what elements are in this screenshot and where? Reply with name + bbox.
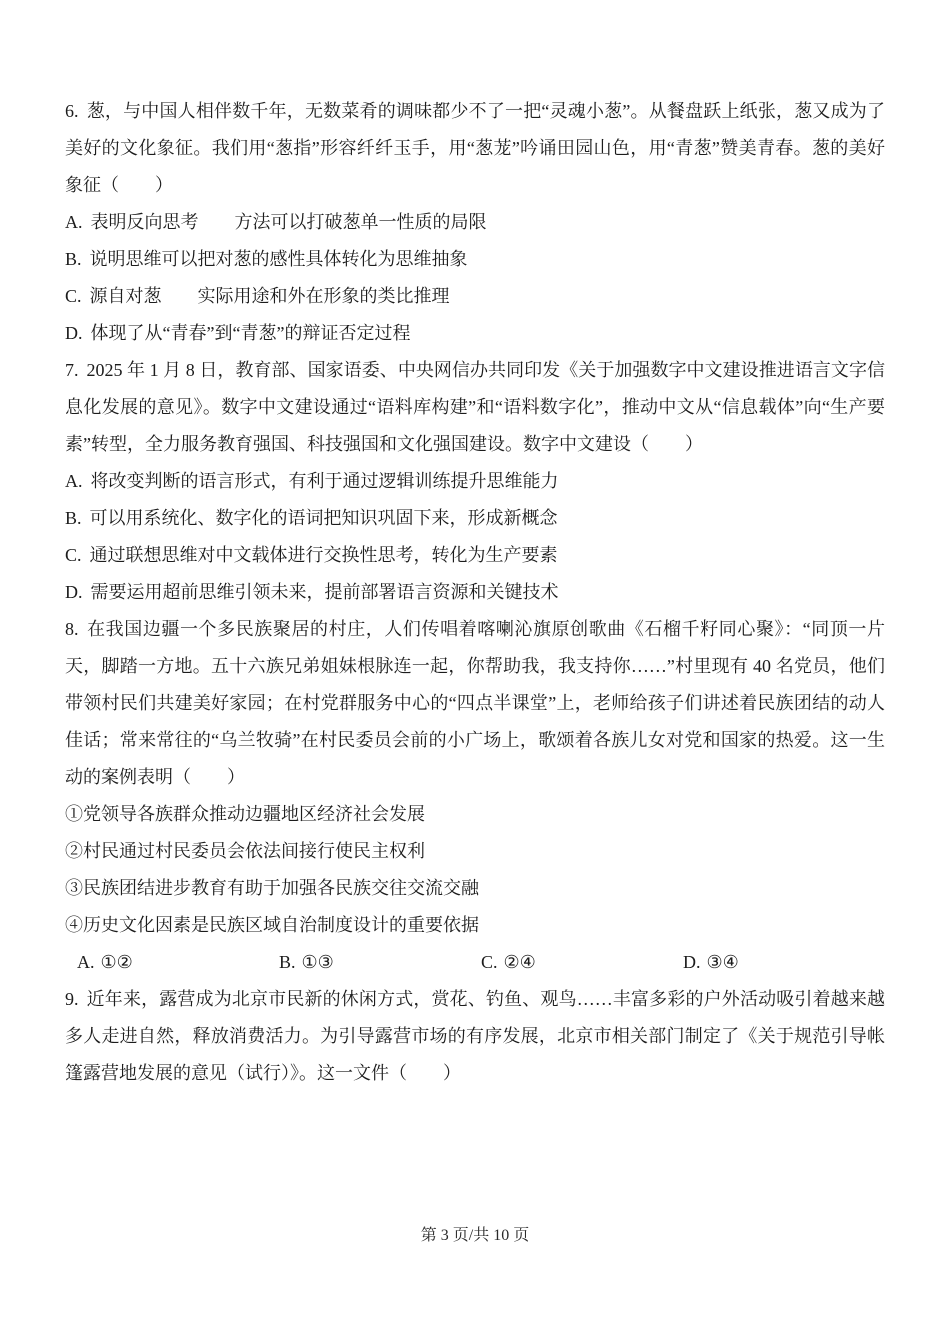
option-a-label: A. <box>65 212 83 232</box>
option-b-label: B. <box>65 508 82 528</box>
question-8-choice-row: A.①② B.①③ C.②④ D.③④ <box>65 944 885 981</box>
option-a-text: 表明反向思考 方法可以打破葱单一性质的局限 <box>91 212 487 232</box>
option-c-text: 源自对葱 实际用途和外在形象的类比推理 <box>90 286 450 306</box>
question-8-choice-d: D.③④ <box>683 944 885 981</box>
option-d-label: D. <box>65 582 83 602</box>
question-8-choice-a: A.①② <box>77 944 279 981</box>
question-6-number: 6. <box>65 101 79 121</box>
option-a-label: A. <box>65 471 83 491</box>
question-7-stem-text: 2025 年 1 月 8 日，教育部、国家语委、中央网信办共同印发《关于加强数字… <box>65 360 885 454</box>
choice-c-text: ②④ <box>504 952 536 972</box>
option-a-text: 将改变判断的语言形式，有利于通过逻辑训练提升思维能力 <box>91 471 559 491</box>
question-7-option-c: C.通过联想思维对中文载体进行交换性思考，转化为生产要素 <box>65 537 885 574</box>
question-6-option-b: B.说明思维可以把对葱的感性具体转化为思维抽象 <box>65 241 885 278</box>
question-8-statement-1: ①党领导各族群众推动边疆地区经济社会发展 <box>65 796 885 833</box>
question-6-option-c: C.源自对葱 实际用途和外在形象的类比推理 <box>65 278 885 315</box>
choice-b-label: B. <box>279 952 296 972</box>
question-8-statement-3: ③民族团结进步教育有助于加强各民族交往交流交融 <box>65 870 885 907</box>
question-7: 7.2025 年 1 月 8 日，教育部、国家语委、中央网信办共同印发《关于加强… <box>65 352 885 611</box>
choice-a-label: A. <box>77 952 95 972</box>
question-6-stem: 6.葱，与中国人相伴数千年，无数菜肴的调味都少不了一把“灵魂小葱”。从餐盘跃上纸… <box>65 93 885 204</box>
question-7-stem: 7.2025 年 1 月 8 日，教育部、国家语委、中央网信办共同印发《关于加强… <box>65 352 885 463</box>
choice-d-text: ③④ <box>707 952 739 972</box>
option-b-label: B. <box>65 249 82 269</box>
question-6-option-d: D.体现了从“青春”到“青葱”的辩证否定过程 <box>65 315 885 352</box>
option-d-text: 需要运用超前思维引领未来，提前部署语言资源和关键技术 <box>91 582 559 602</box>
question-9-stem-text: 近年来，露营成为北京市民新的休闲方式，赏花、钓鱼、观鸟……丰富多彩的户外活动吸引… <box>65 989 885 1083</box>
option-c-label: C. <box>65 286 82 306</box>
choice-c-label: C. <box>481 952 498 972</box>
question-8-number: 8. <box>65 619 79 639</box>
option-b-text: 说明思维可以把对葱的感性具体转化为思维抽象 <box>90 249 468 269</box>
option-b-text: 可以用系统化、数字化的语词把知识巩固下来，形成新概念 <box>90 508 558 528</box>
question-7-number: 7. <box>65 360 79 380</box>
question-7-option-b: B.可以用系统化、数字化的语词把知识巩固下来，形成新概念 <box>65 500 885 537</box>
question-7-option-d: D.需要运用超前思维引领未来，提前部署语言资源和关键技术 <box>65 574 885 611</box>
question-8-statement-2: ②村民通过村民委员会依法间接行使民主权利 <box>65 833 885 870</box>
exam-page-content: 6.葱，与中国人相伴数千年，无数菜肴的调味都少不了一把“灵魂小葱”。从餐盘跃上纸… <box>0 0 950 1092</box>
question-7-option-a: A.将改变判断的语言形式，有利于通过逻辑训练提升思维能力 <box>65 463 885 500</box>
choice-a-text: ①② <box>101 952 133 972</box>
option-d-label: D. <box>65 323 83 343</box>
question-9: 9.近年来，露营成为北京市民新的休闲方式，赏花、钓鱼、观鸟……丰富多彩的户外活动… <box>65 981 885 1092</box>
option-c-text: 通过联想思维对中文载体进行交换性思考，转化为生产要素 <box>90 545 558 565</box>
question-8-stem-text: 在我国边疆一个多民族聚居的村庄，人们传唱着喀喇沁旗原创歌曲《石榴千籽同心聚》：“… <box>65 619 885 787</box>
question-8-choice-b: B.①③ <box>279 944 481 981</box>
question-6-stem-text: 葱，与中国人相伴数千年，无数菜肴的调味都少不了一把“灵魂小葱”。从餐盘跃上纸张，… <box>65 101 885 195</box>
question-9-number: 9. <box>65 989 79 1009</box>
question-8-choice-c: C.②④ <box>481 944 683 981</box>
option-d-text: 体现了从“青春”到“青葱”的辩证否定过程 <box>91 323 411 343</box>
question-6-option-a: A.表明反向思考 方法可以打破葱单一性质的局限 <box>65 204 885 241</box>
option-c-label: C. <box>65 545 82 565</box>
question-8: 8.在我国边疆一个多民族聚居的村庄，人们传唱着喀喇沁旗原创歌曲《石榴千籽同心聚》… <box>65 611 885 981</box>
question-9-stem: 9.近年来，露营成为北京市民新的休闲方式，赏花、钓鱼、观鸟……丰富多彩的户外活动… <box>65 981 885 1092</box>
question-6: 6.葱，与中国人相伴数千年，无数菜肴的调味都少不了一把“灵魂小葱”。从餐盘跃上纸… <box>65 93 885 352</box>
choice-d-label: D. <box>683 952 701 972</box>
choice-b-text: ①③ <box>302 952 334 972</box>
question-8-stem: 8.在我国边疆一个多民族聚居的村庄，人们传唱着喀喇沁旗原创歌曲《石榴千籽同心聚》… <box>65 611 885 796</box>
question-8-statement-4: ④历史文化因素是民族区域自治制度设计的重要依据 <box>65 907 885 944</box>
page-footer: 第 3 页/共 10 页 <box>0 1224 950 1248</box>
